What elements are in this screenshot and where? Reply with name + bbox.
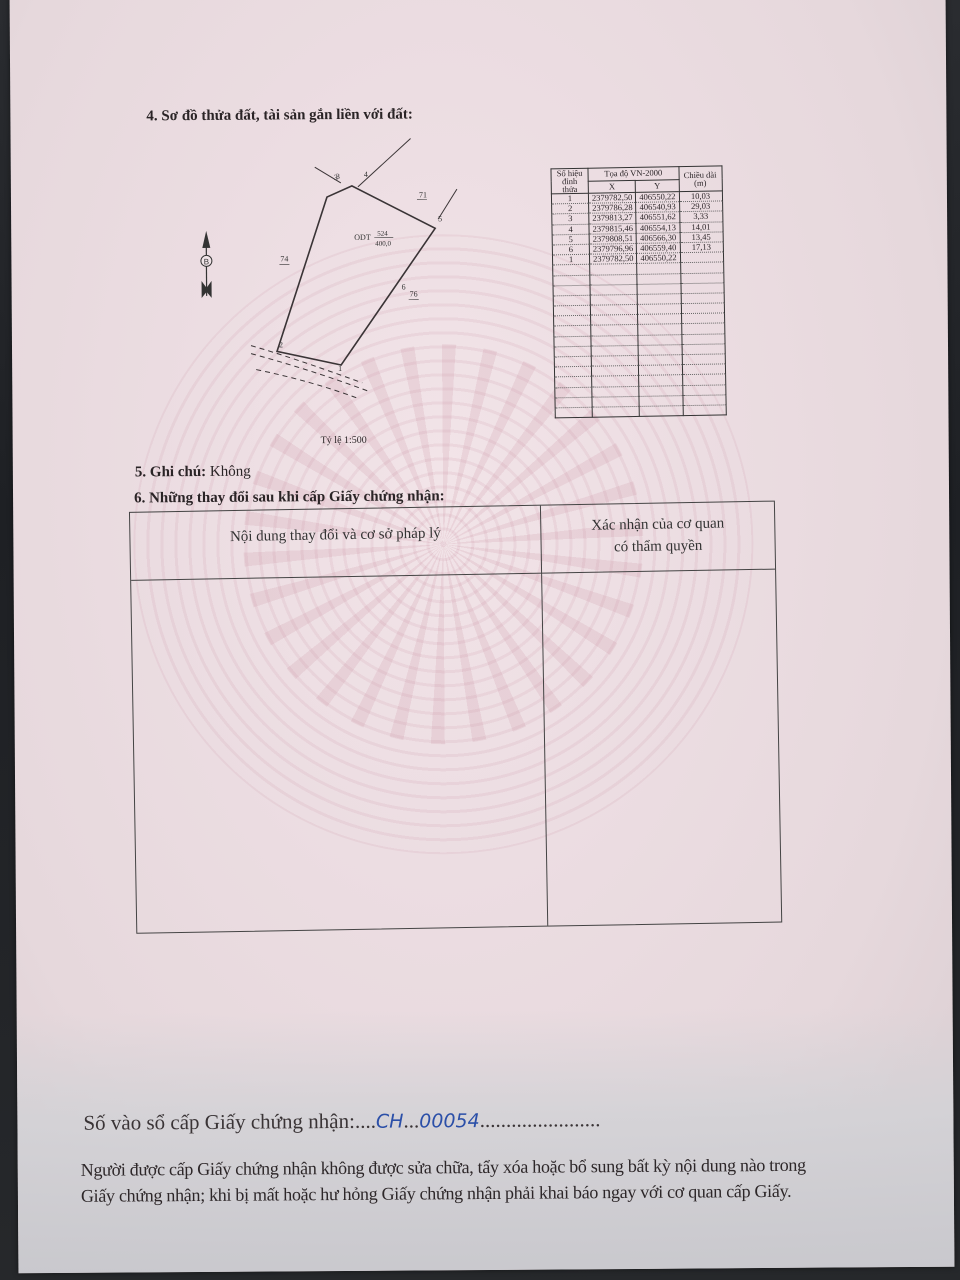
neighbor-71: 71: [419, 190, 427, 199]
cell-point: [553, 275, 590, 286]
cell-point: [553, 265, 590, 276]
confirm-header-line2: có thẩm quyền: [541, 534, 774, 560]
registry-number-line: Số vào sổ cấp Giấy chứng nhận:....CH...0…: [83, 1107, 600, 1136]
parcel-diagram: B 3 3 71 74 76 ODT 524 400,0 1 2 4 5 6: [171, 134, 503, 456]
header-length: Chiều dài (m): [678, 166, 721, 192]
cell-point: [554, 326, 591, 337]
section-5-value: Không: [210, 464, 251, 480]
cell-point: [554, 315, 591, 326]
point-5-label: 5: [438, 214, 442, 223]
coordinates-table: Số hiệu đỉnh thửa Tọa độ VN-2000 Chiều d…: [550, 165, 726, 418]
neighbor-76: 76: [410, 289, 418, 298]
scale-label: Tỷ lệ 1:500: [321, 435, 367, 446]
point-2-label: 2: [279, 340, 283, 349]
parcel-area: 400,0: [375, 240, 391, 248]
parcel-land-type: ODT: [354, 233, 371, 242]
registry-handwritten-prefix: CH: [376, 1111, 404, 1133]
neighbor-74: 74: [280, 254, 288, 263]
changes-col-confirm-header: Xác nhận của cơ quan có thẩm quyền: [541, 512, 775, 560]
cell-x: [592, 406, 640, 417]
svg-text:B: B: [204, 257, 209, 266]
changes-col-content-header: Nội dung thay đổi và cơ sở pháp lý: [130, 524, 540, 548]
cell-point: 3: [552, 214, 589, 225]
changes-table: Nội dung thay đổi và cơ sở pháp lý Xác n…: [129, 501, 782, 934]
cell-point: 4: [552, 224, 589, 235]
certificate-page: 4. Sơ đồ thửa đất, tài sản gắn liền với …: [10, 0, 955, 1273]
cell-point: [555, 387, 592, 398]
north-arrow-icon: B: [201, 231, 212, 298]
cell-length: [683, 405, 726, 416]
registry-label: Số vào sổ cấp Giấy chứng nhận:: [83, 1109, 355, 1135]
coordinates-table-body: 12379782,50406550,2210,0322379786,284065…: [551, 191, 725, 418]
section-5-note: 5. Ghi chú: Không: [135, 464, 251, 482]
section-6-title: 6. Những thay đổi sau khi cấp Giấy chứng…: [134, 488, 445, 507]
cell-y: [640, 406, 683, 417]
cell-length: 14,01: [679, 221, 722, 232]
parcel-number: 524: [377, 230, 388, 238]
notice-line-2: Giấy chứng nhận; khi bị mất hoặc hư hỏng…: [81, 1178, 806, 1209]
point-6-label: 6: [402, 283, 406, 292]
registry-handwritten-number: 00054: [419, 1110, 480, 1132]
cell-point: [555, 377, 592, 388]
notice-text: Người được cấp Giấy chứng nhận không đượ…: [81, 1152, 806, 1209]
section-5-label: 5. Ghi chú:: [135, 464, 206, 480]
point-4-label: 4: [364, 170, 368, 179]
cell-length: [681, 323, 724, 334]
section-4-title: 4. Sơ đồ thửa đất, tài sản gắn liền với …: [146, 106, 413, 125]
pt3: 3: [334, 173, 338, 182]
cell-point: [555, 407, 592, 418]
header-point: Số hiệu đỉnh thửa: [551, 168, 588, 194]
point-1-label: 1: [338, 364, 342, 373]
